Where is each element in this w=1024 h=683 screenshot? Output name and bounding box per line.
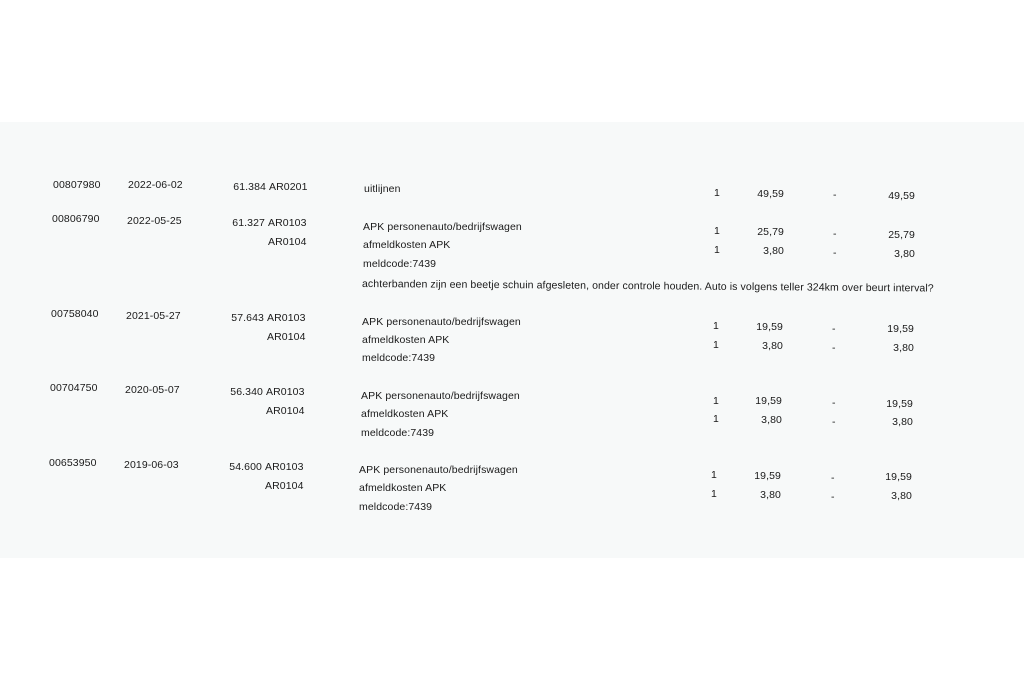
line-total: 3,80 xyxy=(869,343,914,354)
line-description: APK personenauto/bedrijfswagen xyxy=(361,391,520,402)
article-code: AR0104 xyxy=(268,237,307,248)
line-qty: 1 xyxy=(714,226,720,237)
line-discount: - xyxy=(833,190,837,201)
line-price: 3,80 xyxy=(740,246,784,257)
line-description: afmeldkosten APK xyxy=(359,483,446,494)
article-code: AR0104 xyxy=(265,481,304,492)
article-code: AR0103 xyxy=(267,313,306,324)
line-description: afmeldkosten APK xyxy=(361,409,448,420)
entry-date: 2020-05-07 xyxy=(125,385,180,396)
article-code: AR0201 xyxy=(269,182,308,193)
remark-text: achterbanden zijn een beetje schuin afge… xyxy=(362,279,934,294)
line-description: afmeldkosten APK xyxy=(362,335,449,346)
line-price: 25,79 xyxy=(740,227,784,238)
line-discount: - xyxy=(831,473,835,484)
line-total: 19,59 xyxy=(869,324,914,335)
line-qty: 1 xyxy=(711,470,717,481)
entry-date: 2022-06-02 xyxy=(128,180,183,191)
line-total: 3,80 xyxy=(868,417,913,428)
line-discount: - xyxy=(832,417,836,428)
line-price: 3,80 xyxy=(739,341,783,352)
invoice-number: 00704750 xyxy=(50,383,98,394)
mileage: 61.327 xyxy=(217,218,265,229)
invoice-number: 00758040 xyxy=(51,309,99,320)
mileage: 54.600 xyxy=(214,462,262,473)
note-text: meldcode:7439 xyxy=(362,353,435,364)
invoice-number: 00653950 xyxy=(49,458,97,469)
line-qty: 1 xyxy=(711,489,717,500)
line-discount: - xyxy=(832,343,836,354)
line-qty: 1 xyxy=(713,396,719,407)
line-total: 49,59 xyxy=(870,191,915,202)
line-description: uitlijnen xyxy=(364,184,401,195)
line-discount: - xyxy=(832,398,836,409)
article-code: AR0103 xyxy=(266,387,305,398)
line-discount: - xyxy=(832,324,836,335)
entry-date: 2022-05-25 xyxy=(127,216,182,227)
line-qty: 1 xyxy=(713,414,719,425)
line-total: 19,59 xyxy=(868,399,913,410)
line-discount: - xyxy=(833,248,837,259)
line-discount: - xyxy=(831,492,835,503)
line-total: 3,80 xyxy=(870,249,915,260)
line-price: 19,59 xyxy=(737,471,781,482)
scanned-page: 00807980 2022-06-02 61.384 AR0201 uitlij… xyxy=(0,122,1024,558)
line-total: 25,79 xyxy=(870,230,915,241)
line-price: 19,59 xyxy=(738,396,782,407)
mileage: 57.643 xyxy=(216,313,264,324)
line-price: 49,59 xyxy=(740,189,784,200)
entry-date: 2019-06-03 xyxy=(124,460,179,471)
line-description: APK personenauto/bedrijfswagen xyxy=(359,465,518,476)
line-qty: 1 xyxy=(714,188,720,199)
line-qty: 1 xyxy=(714,245,720,256)
line-qty: 1 xyxy=(713,340,719,351)
line-description: APK personenauto/bedrijfswagen xyxy=(362,317,521,328)
line-total: 3,80 xyxy=(867,491,912,502)
note-text: meldcode:7439 xyxy=(363,259,436,270)
line-price: 3,80 xyxy=(738,415,782,426)
entry-date: 2021-05-27 xyxy=(126,311,181,322)
line-qty: 1 xyxy=(713,321,719,332)
line-total: 19,59 xyxy=(867,472,912,483)
article-code: AR0104 xyxy=(266,406,305,417)
invoice-number: 00807980 xyxy=(53,180,101,191)
line-price: 19,59 xyxy=(739,322,783,333)
mileage: 61.384 xyxy=(218,182,266,193)
mileage: 56.340 xyxy=(215,387,263,398)
line-discount: - xyxy=(833,229,837,240)
article-code: AR0103 xyxy=(268,218,307,229)
article-code: AR0104 xyxy=(267,332,306,343)
note-text: meldcode:7439 xyxy=(359,502,432,513)
invoice-number: 00806790 xyxy=(52,214,100,225)
line-description: APK personenauto/bedrijfswagen xyxy=(363,222,522,233)
line-price: 3,80 xyxy=(737,490,781,501)
article-code: AR0103 xyxy=(265,462,304,473)
note-text: meldcode:7439 xyxy=(361,428,434,439)
line-description: afmeldkosten APK xyxy=(363,240,450,251)
